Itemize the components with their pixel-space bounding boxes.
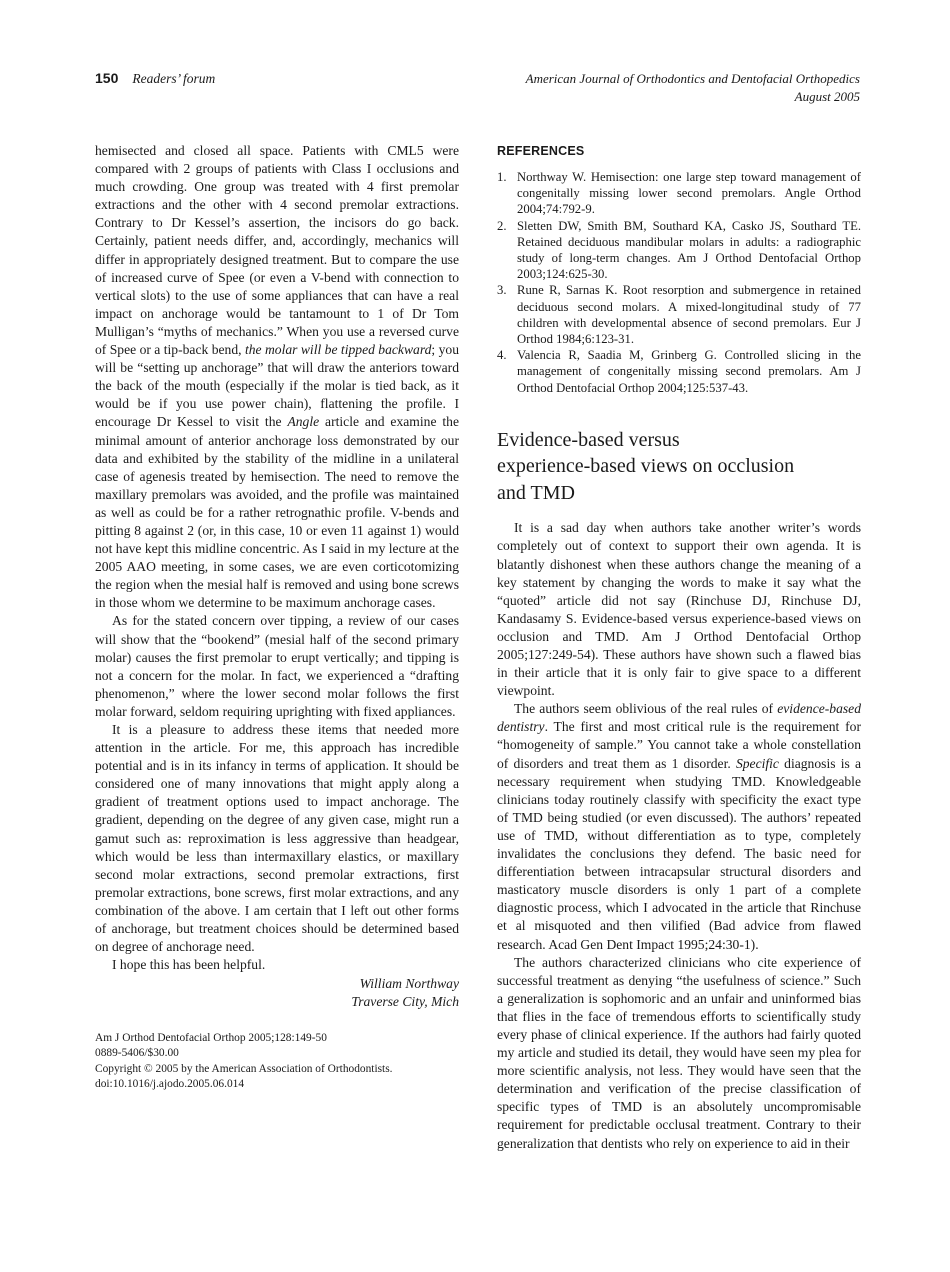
reference-number: 3. bbox=[497, 282, 517, 347]
reference-item: 1. Northway W. Hemisection: one large st… bbox=[497, 169, 861, 218]
copyright-line: Copyright © 2005 by the American Associa… bbox=[95, 1062, 459, 1078]
reference-text: Northway W. Hemisection: one large step … bbox=[517, 169, 861, 218]
reference-item: 3. Rune R, Sarnas K. Root resorption and… bbox=[497, 282, 861, 347]
journal-name: American Journal of Orthodontics and Den… bbox=[526, 70, 860, 88]
reference-text: Rune R, Sarnas K. Root resorption and su… bbox=[517, 282, 861, 347]
article-title-line: Evidence-based versus bbox=[497, 427, 861, 454]
doi-line: doi:10.1016/j.ajodo.2005.06.014 bbox=[95, 1077, 459, 1093]
body-paragraph: I hope this has been helpful. bbox=[95, 956, 459, 974]
section-title: Readers’ forum bbox=[132, 71, 215, 87]
journal-page: 150 Readers’ forum American Journal of O… bbox=[0, 0, 950, 1272]
author-location: Traverse City, Mich bbox=[95, 993, 459, 1011]
author-name: William Northway bbox=[95, 975, 459, 993]
body-paragraph: It is a sad day when authors take anothe… bbox=[497, 519, 861, 700]
article-title-line: experience-based views on occlusion bbox=[497, 453, 861, 480]
page-header: 150 Readers’ forum American Journal of O… bbox=[95, 70, 860, 105]
body-paragraph: hemisected and closed all space. Patient… bbox=[95, 142, 459, 612]
reference-text: Valencia R, Saadia M, Grinberg G. Contro… bbox=[517, 347, 861, 396]
article-title-line: and TMD bbox=[497, 480, 861, 507]
reference-number: 4. bbox=[497, 347, 517, 396]
body-paragraph: As for the stated concern over tipping, … bbox=[95, 612, 459, 721]
body-paragraph: The authors characterized clinicians who… bbox=[497, 954, 861, 1153]
body-paragraph: The authors seem oblivious of the real r… bbox=[497, 700, 861, 953]
citation-line: Am J Orthod Dentofacial Orthop 2005;128:… bbox=[95, 1031, 459, 1047]
issue-date: August 2005 bbox=[526, 88, 860, 106]
header-right: American Journal of Orthodontics and Den… bbox=[526, 70, 860, 105]
left-column: hemisected and closed all space. Patient… bbox=[95, 142, 459, 1153]
citation-block: Am J Orthod Dentofacial Orthop 2005;128:… bbox=[95, 1031, 459, 1093]
page-number: 150 bbox=[95, 70, 118, 86]
references-heading: REFERENCES bbox=[497, 144, 861, 158]
two-column-body: hemisected and closed all space. Patient… bbox=[95, 142, 861, 1153]
reference-text: Sletten DW, Smith BM, Southard KA, Casko… bbox=[517, 218, 861, 283]
reference-number: 1. bbox=[497, 169, 517, 218]
issn-price-line: 0889-5406/$30.00 bbox=[95, 1046, 459, 1062]
body-paragraph: It is a pleasure to address these items … bbox=[95, 721, 459, 956]
article-title: Evidence-based versus experience-based v… bbox=[497, 427, 861, 507]
reference-item: 2. Sletten DW, Smith BM, Southard KA, Ca… bbox=[497, 218, 861, 283]
author-signature: William Northway Traverse City, Mich bbox=[95, 975, 459, 1011]
reference-item: 4. Valencia R, Saadia M, Grinberg G. Con… bbox=[497, 347, 861, 396]
right-column: REFERENCES 1. Northway W. Hemisection: o… bbox=[497, 142, 861, 1153]
reference-number: 2. bbox=[497, 218, 517, 283]
header-left: 150 Readers’ forum bbox=[95, 70, 215, 87]
